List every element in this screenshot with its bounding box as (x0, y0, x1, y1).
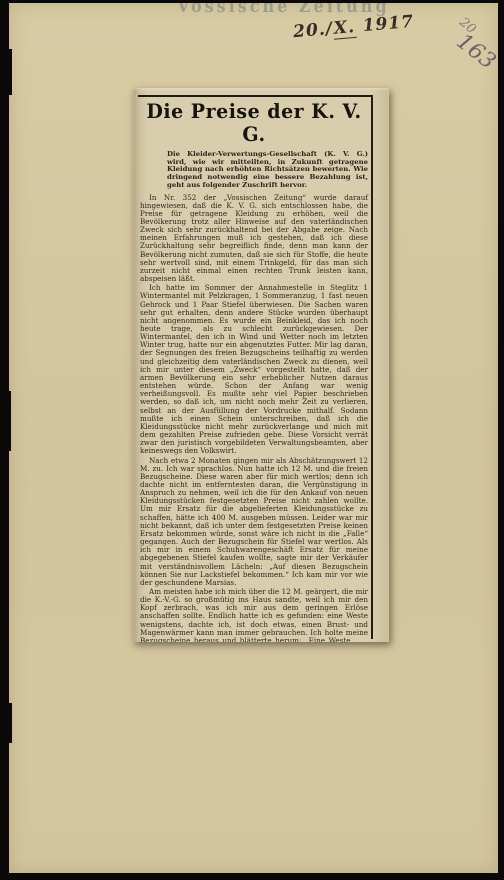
column-top-rule (138, 95, 371, 97)
scan-background: Vossische Zeitung 20./X. 1917 20 163 Die… (0, 0, 504, 880)
article-intro: Die Kleider-Verwertungs-Gesellschaft (K.… (167, 151, 368, 190)
scan-edge-notch (9, 49, 12, 95)
archive-sheet: Vossische Zeitung 20./X. 1917 20 163 Die… (9, 3, 498, 873)
column-divider-rule (371, 95, 373, 639)
article-paragraph-2: Ich hatte im Sommer der Annahmestelle in… (140, 284, 368, 455)
handwritten-margin-number-large: 163 (452, 29, 498, 75)
handwritten-date-year: 1917 (362, 12, 415, 36)
article-paragraph-3: Nach etwa 2 Monaten gingen mir als Absch… (140, 457, 368, 588)
article-paragraph-4: Am meisten habe ich mich über die 12 M. … (140, 588, 368, 642)
newspaper-clipping: Die Preise der K. V. G. Die Kleider-Verw… (133, 88, 389, 642)
article-paragraph-1: In Nr. 352 der „Vossischen Zeitung“ wurd… (140, 194, 368, 284)
article-headline: Die Preise der K. V. G. (141, 100, 367, 146)
handwritten-date-month: X. (332, 17, 357, 40)
scan-edge-notch (9, 703, 12, 743)
scan-edge-notch (9, 391, 11, 451)
newspaper-name-stamp: Vossische Zeitung (177, 3, 390, 16)
handwritten-date-day: 20./ (292, 19, 333, 42)
